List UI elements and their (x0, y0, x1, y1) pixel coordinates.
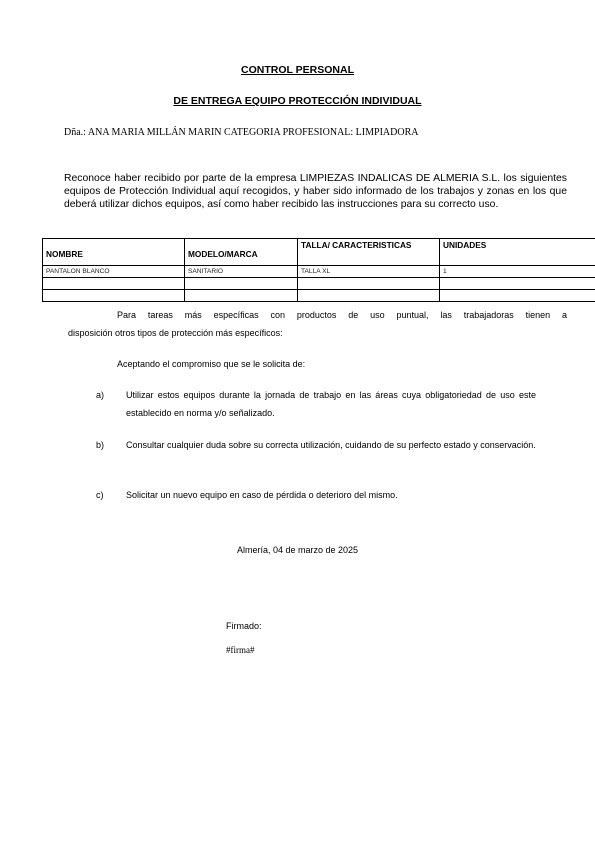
cell-nombre (43, 290, 185, 302)
cell-unidades (440, 290, 595, 302)
header-modelo-marca: MODELO/MARCA (185, 239, 298, 266)
header-unidades: UNIDADES (440, 239, 595, 266)
ppe-table: NOMBRE MODELO/MARCA TALLA/ CARACTERISTIC… (42, 238, 595, 302)
employee-line: Dña.: ANA MARIA MILLÁN MARIN CATEGORIA P… (64, 127, 418, 138)
signature-placeholder: #firma# (226, 645, 255, 655)
commitment-item-c: c) Solicitar un nuevo equipo en caso de … (96, 486, 536, 504)
commitment-intro: Aceptando el compromiso que se le solici… (117, 355, 305, 373)
commitment-item-b: b) Consultar cualquier duda sobre su cor… (96, 436, 536, 454)
cell-nombre: PANTALON BLANCO (43, 266, 185, 278)
item-text: Consultar cualquier duda sobre su correc… (126, 436, 536, 454)
item-label: b) (96, 436, 104, 454)
cell-unidades: 1 (440, 266, 595, 278)
cell-talla (298, 290, 440, 302)
item-label: a) (96, 386, 104, 404)
place-date: Almería, 04 de marzo de 2025 (0, 545, 595, 555)
header-talla: TALLA/ CARACTERISTICAS (298, 239, 440, 266)
table-row (43, 290, 595, 302)
cell-unidades (440, 278, 595, 290)
table-header-row: NOMBRE MODELO/MARCA TALLA/ CARACTERISTIC… (43, 239, 595, 266)
cell-talla: TALLA XL (298, 266, 440, 278)
commitment-item-a: a) Utilizar estos equipos durante la jor… (96, 386, 536, 422)
table-row: PANTALON BLANCO SANITARIO TALLA XL 1 (43, 266, 595, 278)
cell-talla (298, 278, 440, 290)
intro-paragraph: Reconoce haber recibido por parte de la … (64, 172, 567, 211)
item-label: c) (96, 486, 104, 504)
item-text: Utilizar estos equipos durante la jornad… (126, 386, 536, 422)
cell-nombre (43, 278, 185, 290)
document-subtitle: DE ENTREGA EQUIPO PROTECCIÓN INDIVIDUAL (0, 95, 595, 107)
specific-paragraph-line2: disposición otros tipos de protección má… (68, 324, 283, 342)
signed-label: Firmado: (226, 621, 262, 631)
cell-modelo (185, 290, 298, 302)
item-text: Solicitar un nuevo equipo en caso de pér… (126, 486, 536, 504)
header-nombre: NOMBRE (43, 239, 185, 266)
specific-paragraph-line1: Para tareas más específicas con producto… (117, 306, 567, 324)
document-title: CONTROL PERSONAL (0, 64, 595, 76)
cell-modelo: SANITARIO (185, 266, 298, 278)
cell-modelo (185, 278, 298, 290)
table-row (43, 278, 595, 290)
